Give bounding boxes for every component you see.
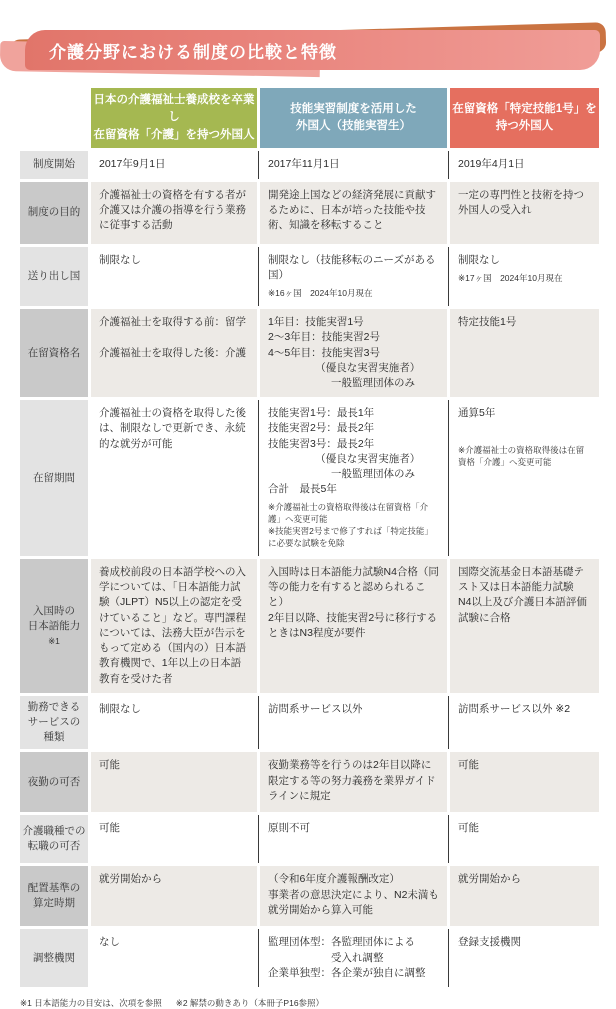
row-label-text: 夜勤の可否 bbox=[28, 775, 81, 790]
cell-text: 一定の専門性と技術を持つ外国人の受入れ bbox=[458, 188, 591, 218]
cell-text: 介護福祉士を取得する前：留学 介護福祉士を取得した後：介護 bbox=[99, 315, 249, 361]
table-cell: 可能 bbox=[448, 815, 599, 863]
table-cell: 入国時は日本語能力試験N4合格（同等の能力を有すると認められること） 2年目以降… bbox=[260, 559, 447, 693]
table-cell: 原則不可 bbox=[258, 815, 447, 863]
table-cell: 登録支援機関 bbox=[448, 929, 599, 987]
table-cell: 開発途上国などの経済発展に貢献するために、日本が培った技能や技術、知識を移転する… bbox=[260, 182, 447, 244]
cell-text: 1年目：技能実習1号 2～3年目：技能実習2号 4～5年目：技能実習3号 （優良… bbox=[268, 315, 439, 391]
row-label: 制度の目的 bbox=[20, 182, 88, 244]
cell-note: ※16ヶ国 2024年10月現在 bbox=[268, 288, 439, 300]
table-cell: 可能 bbox=[91, 815, 257, 863]
table-cell: 2017年9月1日 bbox=[91, 151, 257, 179]
table-body: 制度開始 2017年9月1日 2017年11月1日 2019年4月1日 制度の目… bbox=[20, 151, 598, 987]
row-label: 送り出し国 bbox=[20, 247, 88, 306]
row-label: 入国時の 日本語能力 ※1 bbox=[20, 559, 88, 693]
cell-text: 訪問系サービス以外 ※2 bbox=[458, 702, 591, 717]
table-cell: 就労開始から bbox=[91, 866, 257, 926]
table-cell: 介護福祉士を取得する前：留学 介護福祉士を取得した後：介護 bbox=[91, 309, 257, 397]
cell-text: 通算5年 bbox=[458, 406, 591, 421]
cell-text: 2019年4月1日 bbox=[458, 157, 591, 172]
cell-text: 可能 bbox=[458, 821, 591, 836]
cell-text: 制限なし bbox=[99, 253, 249, 268]
cell-text: 2017年11月1日 bbox=[268, 157, 439, 172]
cell-text: 原則不可 bbox=[268, 821, 439, 836]
table-cell: 夜勤業務等を行うのは2年目以降に限定する等の努力義務を業界ガイドラインに規定 bbox=[260, 752, 447, 812]
cell-note: ※介護福祉士の資格取得後は在留資格「介護」へ変更可能 ※技能実習2号まで修了すれ… bbox=[268, 502, 439, 550]
page-title: 介護分野における制度の比較と特徴 bbox=[49, 38, 337, 63]
table-cell: 訪問系サービス以外 ※2 bbox=[448, 696, 599, 750]
cell-text: （令和6年度介護報酬改定） 事業者の意思決定により、N2未満も就労開始から算入可… bbox=[268, 872, 439, 918]
row-label-text: 在留資格名 bbox=[28, 346, 81, 361]
footnotes: ※1 日本語能力の目安は、次項を参照※2 解禁の動きあり（本冊子P16参照） bbox=[20, 997, 616, 1009]
table-cell: 技能実習1号：最長1年 技能実習2号：最長2年 技能実習3号：最長2年 （優良な… bbox=[258, 400, 447, 556]
cell-note: ※介護福祉士の資格取得後は在留資格「介護」へ変更可能 bbox=[458, 445, 591, 469]
table-row-zairyu-shikaku-mei: 在留資格名 介護福祉士を取得する前：留学 介護福祉士を取得した後：介護 1年目：… bbox=[20, 309, 598, 397]
cell-text: 特定技能1号 bbox=[458, 315, 591, 330]
table-cell: 2019年4月1日 bbox=[448, 151, 599, 179]
table-cell: 介護福祉士の資格を有する者が介護又は介護の指導を行う業務に従事する活動 bbox=[91, 182, 257, 244]
row-label: 勤務できる サービスの 種類 bbox=[20, 696, 88, 750]
cell-text: 可能 bbox=[458, 758, 591, 773]
header-spacer bbox=[20, 88, 88, 148]
row-label-text: 配置基準の 算定時期 bbox=[28, 881, 81, 911]
table-cell: 介護福祉士の資格を取得した後は、制限なしで更新でき、永続的な就労が可能 bbox=[91, 400, 257, 556]
table-header-row: 日本の介護福祉士養成校を卒業し 在留資格「介護」を持つ外国人 技能実習制度を活用… bbox=[20, 88, 598, 148]
row-label-text: 勤務できる サービスの 種類 bbox=[28, 700, 81, 746]
row-label: 在留期間 bbox=[20, 400, 88, 556]
table-row-service-shurui: 勤務できる サービスの 種類 制限なし 訪問系サービス以外 訪問系サービス以外 … bbox=[20, 696, 598, 750]
table-cell: 一定の専門性と技術を持つ外国人の受入れ bbox=[450, 182, 599, 244]
row-label-text: 送り出し国 bbox=[28, 269, 81, 284]
cell-text: 開発途上国などの経済発展に貢献するために、日本が培った技能や技術、知識を移転する… bbox=[268, 188, 439, 234]
cell-text: 養成校前段の日本語学校への入学については、「日本語能力試験（JLPT）N5以上の… bbox=[99, 565, 249, 687]
row-label-text: 入国時の 日本語能力 bbox=[28, 604, 81, 634]
footnote-1: ※1 日本語能力の目安は、次項を参照 bbox=[20, 998, 162, 1008]
row-label: 介護職種での 転職の可否 bbox=[20, 815, 88, 863]
table-cell: 訪問系サービス以外 bbox=[258, 696, 447, 750]
row-label-text: 制度開始 bbox=[33, 157, 75, 172]
cell-text: なし bbox=[99, 935, 249, 950]
cell-text: 国際交流基金日本語基礎テスト又は日本語能力試験 N4以上及び介護日本語評価試験に… bbox=[458, 565, 591, 626]
cell-text: 監理団体型：各監理団体による 受入れ調整 企業単独型：各企業が独自に調整 bbox=[268, 935, 439, 981]
table-cell: 可能 bbox=[450, 752, 599, 812]
table-row-haichi-kijun: 配置基準の 算定時期 就労開始から （令和6年度介護報酬改定） 事業者の意思決定… bbox=[20, 866, 598, 926]
cell-text: 介護福祉士の資格を有する者が介護又は介護の指導を行う業務に従事する活動 bbox=[99, 188, 249, 234]
table-row-okuridashi-koku: 送り出し国 制限なし 制限なし（技能移転のニーズがある国） ※16ヶ国 2024… bbox=[20, 247, 598, 306]
row-label-text: 介護職種での 転職の可否 bbox=[23, 824, 86, 854]
column-header-tokutei-ginou: 在留資格「特定技能1号」を 持つ外国人 bbox=[450, 88, 599, 148]
comparison-table: 日本の介護福祉士養成校を卒業し 在留資格「介護」を持つ外国人 技能実習制度を活用… bbox=[20, 88, 598, 987]
row-label-text: 調整機関 bbox=[33, 951, 75, 966]
column-header-ginou-jisshu: 技能実習制度を活用した 外国人（技能実習生） bbox=[260, 88, 447, 148]
table-cell: 通算5年 ※介護福祉士の資格取得後は在留資格「介護」へ変更可能 bbox=[448, 400, 599, 556]
table-row-seido-mokuteki: 制度の目的 介護福祉士の資格を有する者が介護又は介護の指導を行う業務に従事する活… bbox=[20, 182, 598, 244]
table-cell: 制限なし bbox=[91, 247, 257, 306]
row-label-sub: ※1 bbox=[48, 635, 60, 647]
row-label-text: 在留期間 bbox=[33, 471, 75, 486]
table-row-nyukokuji-nihongo: 入国時の 日本語能力 ※1 養成校前段の日本語学校への入学については、「日本語能… bbox=[20, 559, 598, 693]
table-cell: 制限なし ※17ヶ国 2024年10月現在 bbox=[448, 247, 599, 306]
row-label-text: 制度の目的 bbox=[28, 205, 81, 220]
cell-note: ※17ヶ国 2024年10月現在 bbox=[458, 273, 591, 285]
table-cell: 就労開始から bbox=[450, 866, 599, 926]
cell-text: 訪問系サービス以外 bbox=[268, 702, 439, 717]
table-cell: 2017年11月1日 bbox=[258, 151, 447, 179]
table-row-zairyu-kikan: 在留期間 介護福祉士の資格を取得した後は、制限なしで更新でき、永続的な就労が可能… bbox=[20, 400, 598, 556]
table-row-yakin-kahi: 夜勤の可否 可能 夜勤業務等を行うのは2年目以降に限定する等の努力義務を業界ガイ… bbox=[20, 752, 598, 812]
table-row-chousei-kikan: 調整機関 なし 監理団体型：各監理団体による 受入れ調整 企業単独型：各企業が独… bbox=[20, 929, 598, 987]
cell-text: 就労開始から bbox=[99, 872, 249, 887]
row-label: 在留資格名 bbox=[20, 309, 88, 397]
table-cell: 国際交流基金日本語基礎テスト又は日本語能力試験 N4以上及び介護日本語評価試験に… bbox=[450, 559, 599, 693]
cell-text: 可能 bbox=[99, 758, 249, 773]
cell-text: 介護福祉士の資格を取得した後は、制限なしで更新でき、永続的な就労が可能 bbox=[99, 406, 249, 452]
cell-text: 2017年9月1日 bbox=[99, 157, 249, 172]
banner-main: 介護分野における制度の比較と特徴 bbox=[25, 30, 600, 70]
table-cell: （令和6年度介護報酬改定） 事業者の意思決定により、N2未満も就労開始から算入可… bbox=[260, 866, 447, 926]
table-cell: なし bbox=[91, 929, 257, 987]
table-cell: 養成校前段の日本語学校への入学については、「日本語能力試験（JLPT）N5以上の… bbox=[91, 559, 257, 693]
row-label: 制度開始 bbox=[20, 151, 88, 179]
row-label: 調整機関 bbox=[20, 929, 88, 987]
cell-text: 入国時は日本語能力試験N4合格（同等の能力を有すると認められること） 2年目以降… bbox=[268, 565, 439, 641]
table-cell: 制限なし（技能移転のニーズがある国） ※16ヶ国 2024年10月現在 bbox=[258, 247, 447, 306]
table-cell: 1年目：技能実習1号 2～3年目：技能実習2号 4～5年目：技能実習3号 （優良… bbox=[260, 309, 447, 397]
cell-text: 登録支援機関 bbox=[458, 935, 591, 950]
column-header-kaigo-graduate: 日本の介護福祉士養成校を卒業し 在留資格「介護」を持つ外国人 bbox=[91, 88, 257, 148]
cell-text: 制限なし bbox=[99, 702, 249, 717]
cell-text: 就労開始から bbox=[458, 872, 591, 887]
title-banner: 介護分野における制度の比較と特徴 bbox=[0, 28, 616, 78]
cell-text: 夜勤業務等を行うのは2年目以降に限定する等の努力義務を業界ガイドラインに規定 bbox=[268, 758, 439, 804]
cell-text: 技能実習1号：最長1年 技能実習2号：最長2年 技能実習3号：最長2年 （優良な… bbox=[268, 406, 439, 497]
table-cell: 監理団体型：各監理団体による 受入れ調整 企業単独型：各企業が独自に調整 bbox=[258, 929, 447, 987]
table-cell: 可能 bbox=[91, 752, 257, 812]
cell-text: 可能 bbox=[99, 821, 249, 836]
row-label: 配置基準の 算定時期 bbox=[20, 866, 88, 926]
cell-text: 制限なし（技能移転のニーズがある国） bbox=[268, 253, 439, 283]
table-row-seido-kaishi: 制度開始 2017年9月1日 2017年11月1日 2019年4月1日 bbox=[20, 151, 598, 179]
table-cell: 制限なし bbox=[91, 696, 257, 750]
footnote-2: ※2 解禁の動きあり（本冊子P16参照） bbox=[176, 998, 324, 1008]
cell-text: 制限なし bbox=[458, 253, 591, 268]
table-cell: 特定技能1号 bbox=[450, 309, 599, 397]
table-row-tenshoku-kahi: 介護職種での 転職の可否 可能 原則不可 可能 bbox=[20, 815, 598, 863]
row-label: 夜勤の可否 bbox=[20, 752, 88, 812]
